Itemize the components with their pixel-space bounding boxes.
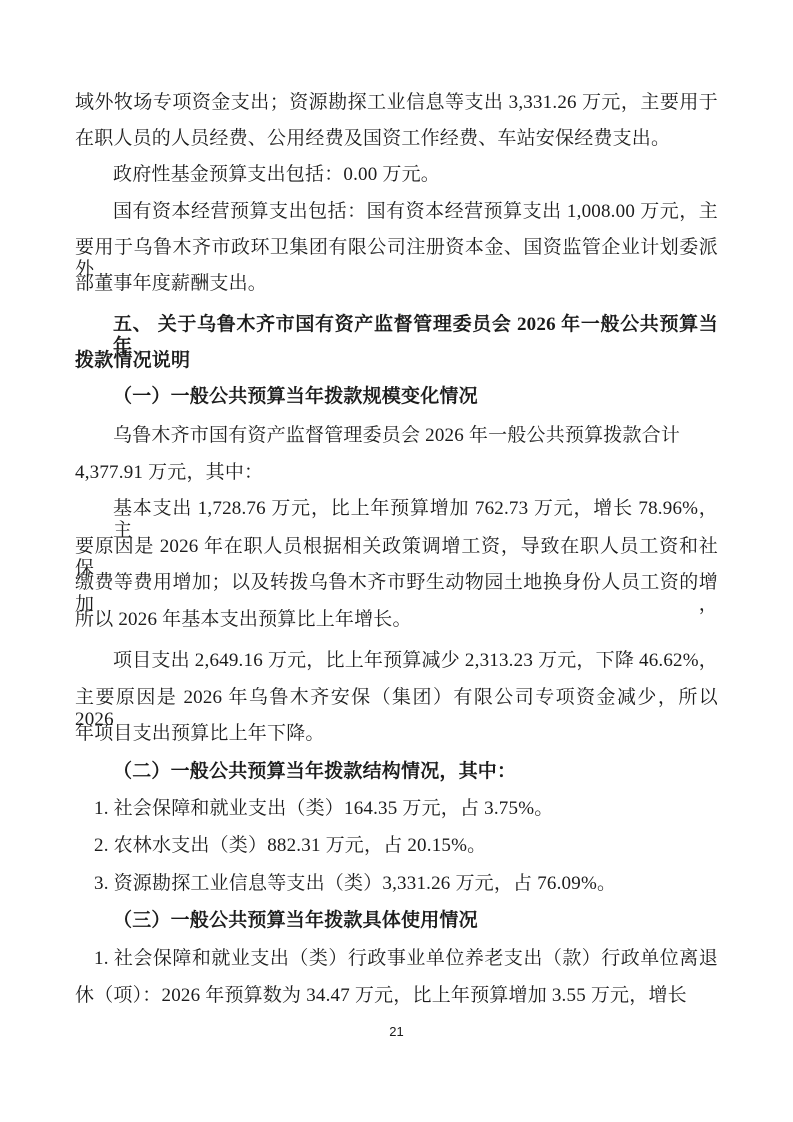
list-item-line: 休（项）：2026 年预算数为 34.47 万元，比上年预算增加 3.55 万元… xyxy=(75,985,718,1007)
document-page: 域外牧场专项资金支出；资源勘探工业信息等支出 3,331.26 万元，主要用于 … xyxy=(0,0,793,1122)
paragraph-line: 部董事年度薪酬支出。 xyxy=(75,273,718,295)
subsection-3-heading: （三）一般公共预算当年拨款具体使用情况 xyxy=(75,910,718,932)
paragraph-line: 在职人员的人员经费、公用经费及国资工作经费、车站安保经费支出。 xyxy=(75,128,718,150)
list-item-line: 1. 社会保障和就业支出（类）164.35 万元，占 3.75%。 xyxy=(75,798,718,820)
section-5-heading-line: 拨款情况说明 xyxy=(75,350,718,372)
subsection-1-heading: （一）一般公共预算当年拨款规模变化情况 xyxy=(75,386,718,408)
list-item-line: 3. 资源勘探工业信息等支出（类）3,331.26 万元，占 76.09%。 xyxy=(75,873,718,895)
paragraph-line: 域外牧场专项资金支出；资源勘探工业信息等支出 3,331.26 万元，主要用于 xyxy=(75,92,718,114)
list-item-line: 1. 社会保障和就业支出（类）行政事业单位养老支出（款）行政单位离退 xyxy=(75,948,718,970)
paragraph-line: 4,377.91 万元，其中： xyxy=(75,462,718,484)
paragraph-line: 政府性基金预算支出包括：0.00 万元。 xyxy=(75,164,718,186)
paragraph-line: 所以 2026 年基本支出预算比上年增长。 xyxy=(75,609,718,631)
paragraph-line: 项目支出 2,649.16 万元，比上年预算减少 2,313.23 万元，下降 … xyxy=(75,650,718,672)
page-number: 21 xyxy=(0,1024,793,1039)
subsection-2-heading: （二）一般公共预算当年拨款结构情况，其中： xyxy=(75,761,718,783)
paragraph-line: 年项目支出预算比上年下降。 xyxy=(75,723,718,745)
paragraph-line: 乌鲁木齐市国有资产监督管理委员会 2026 年一般公共预算拨款合计 xyxy=(75,425,718,447)
paragraph-line: 国有资本经营预算支出包括：国有资本经营预算支出 1,008.00 万元，主 xyxy=(75,201,718,223)
list-item-line: 2. 农林水支出（类）882.31 万元，占 20.15%。 xyxy=(75,835,718,857)
